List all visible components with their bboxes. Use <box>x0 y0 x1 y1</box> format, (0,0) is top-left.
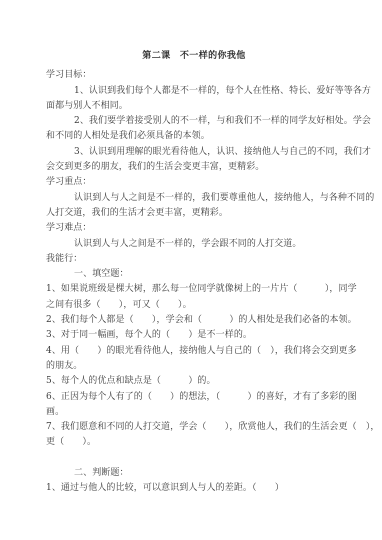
fill-question-2: 2、我们每个人都是（ ），学会和（ ）的人相处是我们必备的本领。 <box>46 313 342 328</box>
i-can-do-heading: 我能行： <box>46 252 342 267</box>
fill-question-6-line-1: 6、正因为每个人有了的（ ）的想法，（ ）的喜好，才有了多彩的图 <box>46 390 342 405</box>
goal-1-line-2: 面都与别人不相同。 <box>46 99 342 114</box>
goal-3-line-2: 会交到更多的朋友，我们的生活会变更丰富，更精彩。 <box>46 160 342 175</box>
page-title: 第二课 不一样的你我他 <box>46 49 342 64</box>
fill-question-1-line-2: 之间有很多（ ），可又（ ）。 <box>46 298 342 313</box>
blank-line <box>46 451 342 466</box>
fill-question-6-line-2: 画。 <box>46 405 342 420</box>
fill-question-1-line-1: 1、如果说班级是棵大树，那么每一位同学就像树上的一片片（ ），同学 <box>46 282 342 297</box>
judgment-question-1: 1、通过与他人的比较，可以意识到人与人的差距。（ ） <box>46 481 342 496</box>
judgment-section-heading: 二、判断题： <box>46 466 342 481</box>
key-points-line-2: 人打交道，我们的生活才会更丰富，更精彩。 <box>46 206 342 221</box>
key-points-heading: 学习重点： <box>46 175 342 190</box>
goal-2-line-1: 2、我们要学着接受别人的不一样，与和我们不一样的同学友好相处。学会 <box>46 114 342 129</box>
worksheet-page: 第二课 不一样的你我他 学习目标： 1、认识到我们每个人都是不一样的，每个人在性… <box>0 0 382 540</box>
learning-goals-heading: 学习目标： <box>46 68 342 83</box>
fill-question-7-line-2: 更（ ）。 <box>46 435 342 450</box>
goal-2-line-2: 和不同的人相处是我们必须具备的本领。 <box>46 129 342 144</box>
fill-question-4-line-1: 4、用（ ）的眼光看待他人，接纳他人与自己的（ ），我们将会交到更多 <box>46 344 342 359</box>
difficulty-heading: 学习难点： <box>46 221 342 236</box>
fill-blank-section-heading: 一、填空题： <box>46 267 342 282</box>
fill-question-4-line-2: 的朋友。 <box>46 359 342 374</box>
goal-1-line-1: 1、认识到我们每个人都是不一样的，每个人在性格、特长、爱好等等各方 <box>46 84 342 99</box>
goal-3-line-1: 3、认识到用理解的眼光看待他人，认识、接纳他人与自己的不同，我们才 <box>46 145 342 160</box>
fill-question-7-line-1: 7、我们愿意和不同的人打交道，学会（ ），欣赏他人，我们的生活会更（ ）， <box>46 420 342 435</box>
fill-question-5: 5、每个人的优点和缺点是（ ）的。 <box>46 374 342 389</box>
key-points-line-1: 认识到人与人之间是不一样的，我们要尊重他人，接纳他人，与各种不同的 <box>46 191 342 206</box>
difficulty-line: 认识到人与人之间是不一样的，学会跟不同的人打交道。 <box>46 237 342 252</box>
fill-question-3: 3、对于同一幅画，每个人的（ ）是不一样的。 <box>46 328 342 343</box>
